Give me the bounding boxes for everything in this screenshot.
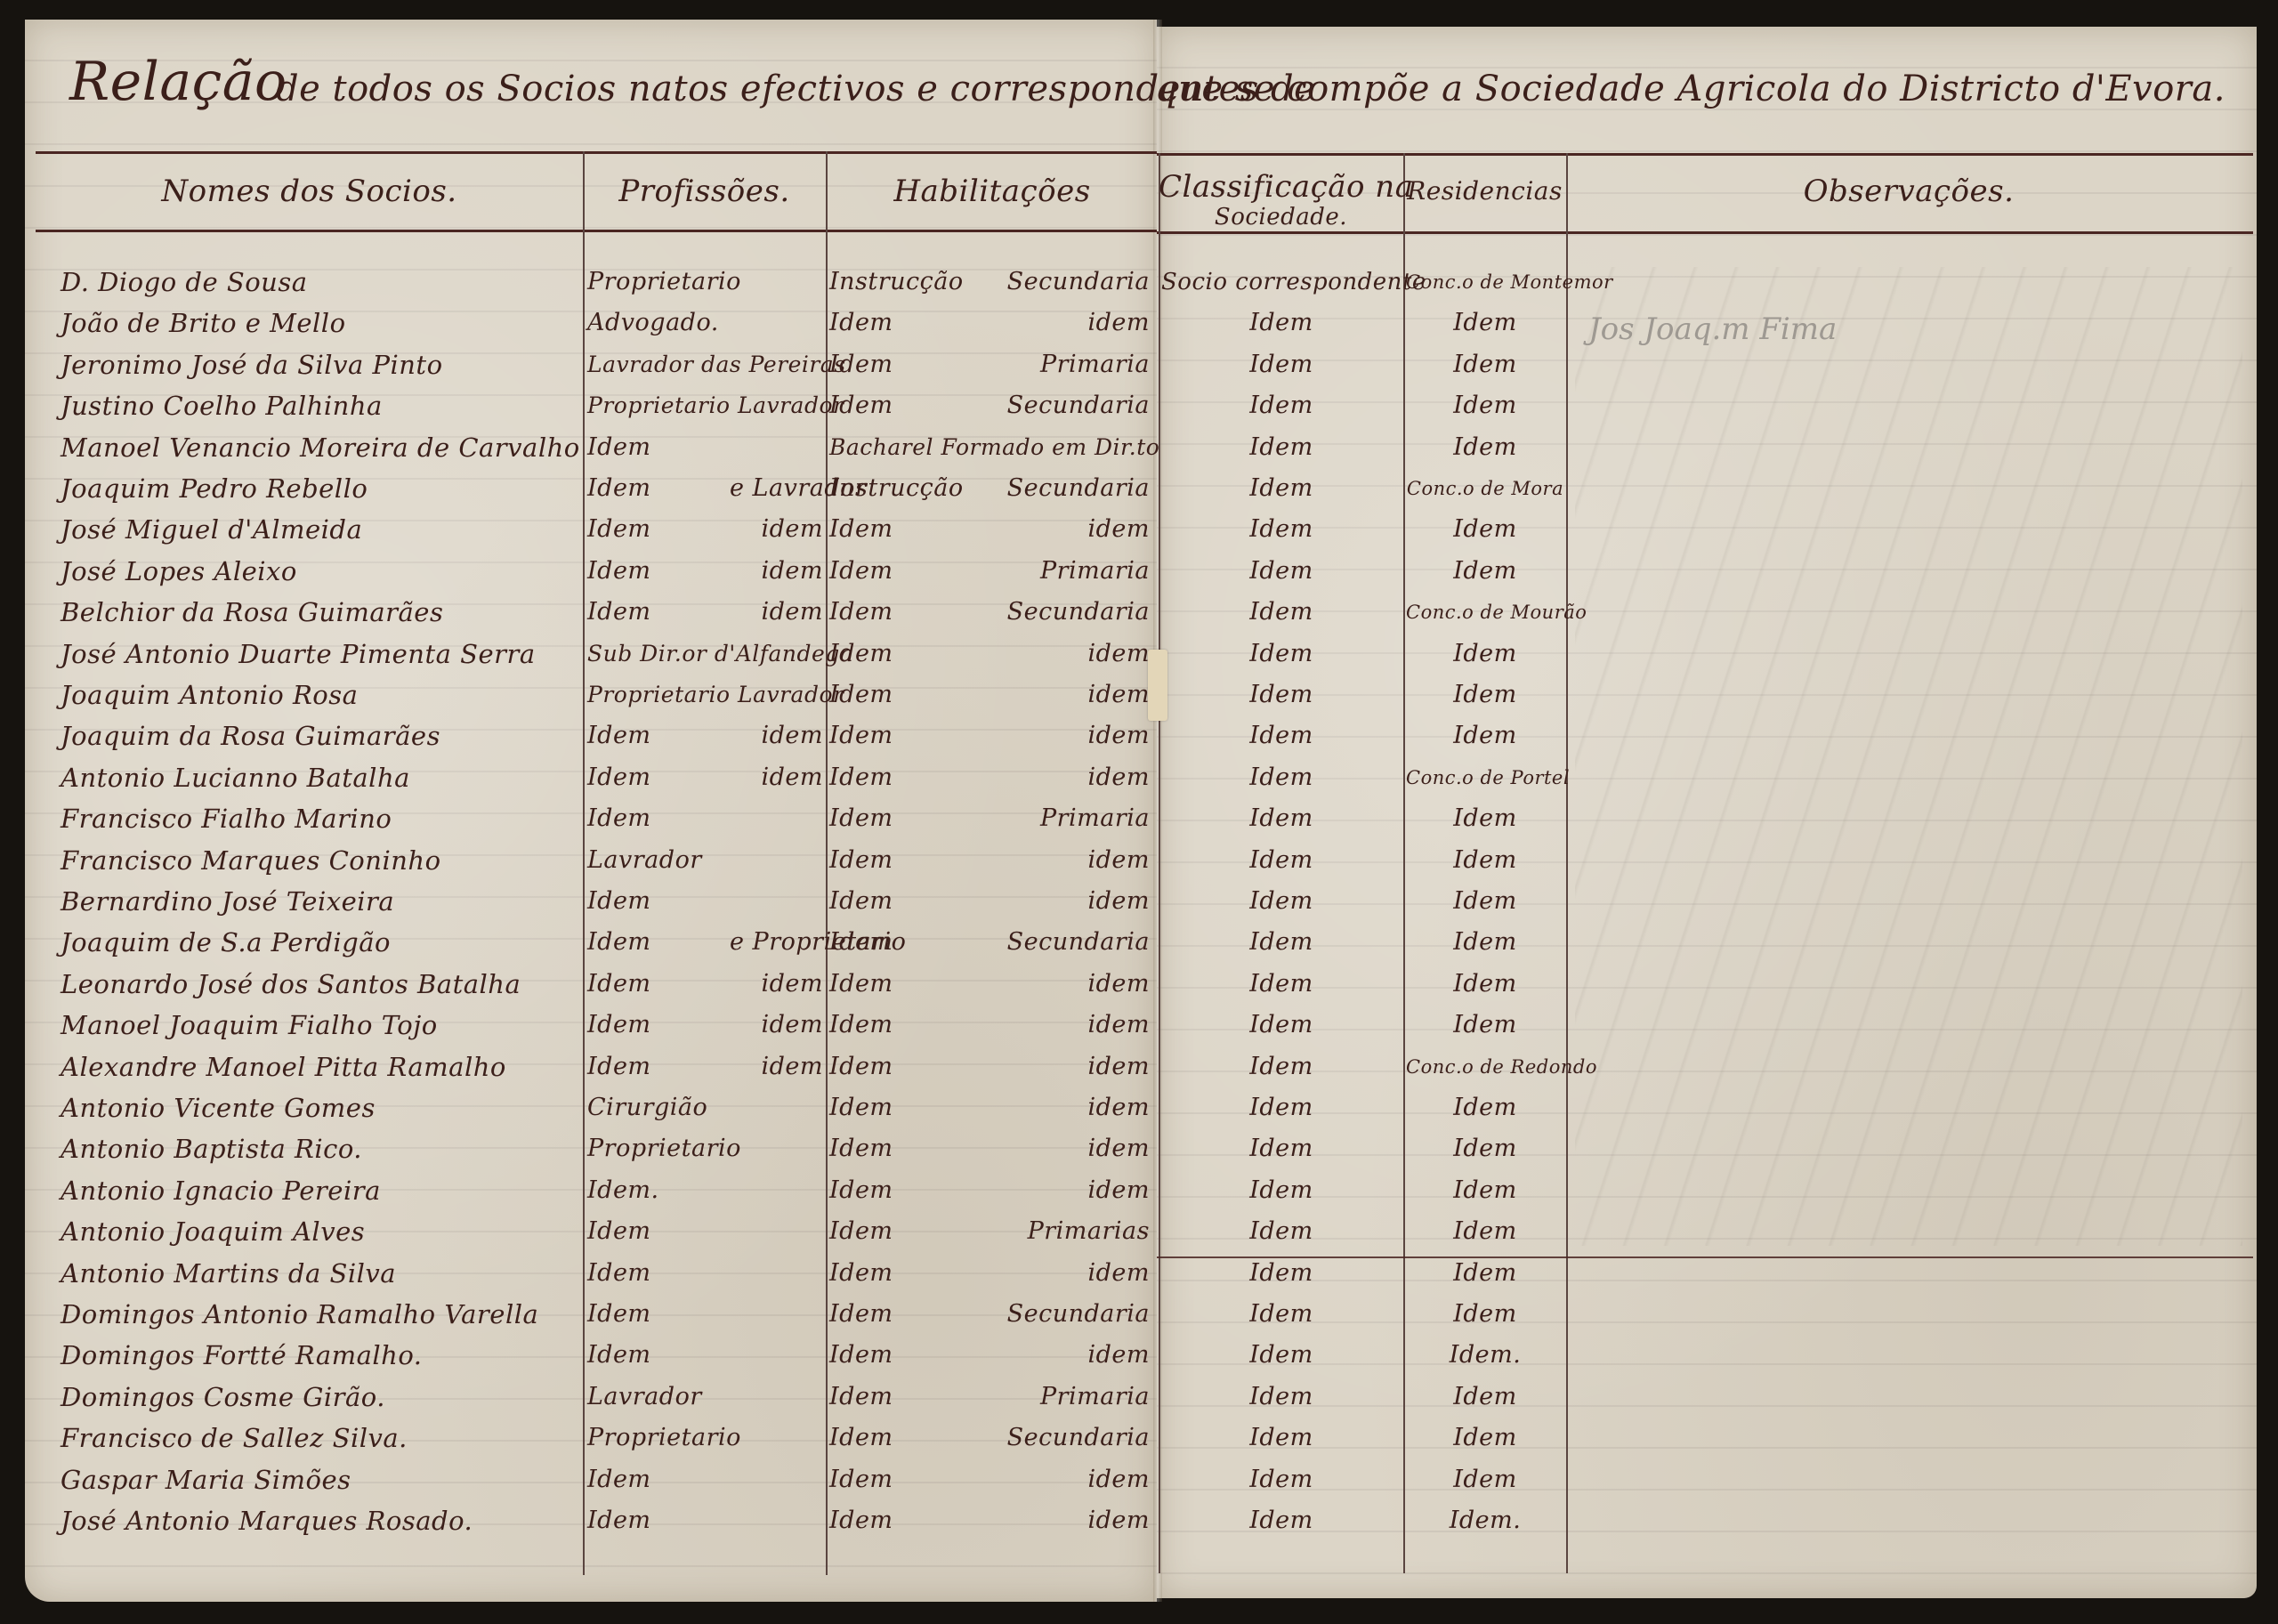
table-row: Francisco Marques Coninho Lavrador Idem …	[0, 840, 2278, 881]
qualification-level: idem	[972, 509, 1150, 550]
member-name: Belchior da Rosa Guimarães	[61, 592, 581, 633]
member-name: José Lopes Aleixo	[61, 551, 581, 592]
table-row: Joaquim Pedro Rebello Idem e Lavrador In…	[0, 468, 2278, 509]
qualification-level: idem	[972, 675, 1150, 715]
profession: Idem	[587, 551, 730, 592]
qualification: Idem	[829, 1128, 972, 1169]
qualification: Idem	[829, 1500, 972, 1541]
qualification-level: idem	[972, 1335, 1150, 1376]
qualification: Idem	[829, 344, 972, 385]
header-bottom-rule-right	[1157, 231, 2253, 234]
profession: Idem	[587, 1459, 730, 1500]
header-classification-line2: Sociedade.	[1159, 205, 1403, 230]
member-name: José Miguel d'Almeida	[61, 509, 581, 550]
qualification: Idem	[829, 715, 972, 756]
residence: Idem	[1406, 1377, 1564, 1418]
classification: Idem	[1161, 881, 1402, 922]
qualification-level: Primaria	[972, 798, 1150, 839]
profession: Idem	[587, 715, 730, 756]
header-names: Nomes dos Socios.	[36, 174, 583, 209]
profession: Lavrador	[587, 1377, 730, 1418]
qualification-level: Primaria	[972, 551, 1150, 592]
classification: Idem	[1161, 757, 1402, 798]
residence: Conc.o de Montemor	[1406, 262, 1564, 303]
profession: Idem	[587, 1046, 730, 1087]
qualification: Idem	[829, 1005, 972, 1046]
classification: Idem	[1161, 509, 1402, 550]
member-name: Joaquim da Rosa Guimarães	[61, 715, 581, 756]
classification: Idem	[1161, 675, 1402, 715]
classification: Idem	[1161, 1253, 1402, 1294]
profession-extra: e Proprietario	[730, 922, 823, 963]
qualification: Idem	[829, 1418, 972, 1458]
table-row: Francisco Fialho Marino Idem Idem Primar…	[0, 798, 2278, 839]
residence: Idem	[1406, 1005, 1564, 1046]
qualification-level: Secundaria	[972, 262, 1150, 303]
classification: Idem	[1161, 427, 1402, 468]
profession: Idem	[587, 1500, 730, 1541]
table-row: Antonio Vicente Gomes Cirurgião Idem ide…	[0, 1087, 2278, 1128]
member-name: Joaquim de S.a Perdigão	[61, 922, 581, 963]
qualification: Idem	[829, 922, 972, 963]
residence: Conc.o de Redondo	[1406, 1046, 1564, 1087]
classification: Idem	[1161, 1170, 1402, 1211]
table-row: Alexandre Manoel Pitta Ramalho Idem idem…	[0, 1046, 2278, 1087]
table-row: D. Diogo de Sousa Proprietario Instrucçã…	[0, 262, 2278, 303]
qualification-level: idem	[972, 840, 1150, 881]
member-name: Domingos Cosme Girão.	[61, 1377, 581, 1418]
table-row: Manoel Joaquim Fialho Tojo Idem idem Ide…	[0, 1005, 2278, 1046]
table-row: Leonardo José dos Santos Batalha Idem id…	[0, 964, 2278, 1005]
profession: Idem	[587, 798, 730, 839]
profession-extra: idem	[730, 964, 823, 1005]
residence: Idem	[1406, 1459, 1564, 1500]
qualification: Idem	[829, 1294, 972, 1335]
residence: Idem	[1406, 1294, 1564, 1335]
qualification: Idem	[829, 881, 972, 922]
profession: Advogado.	[587, 303, 730, 343]
table-row: Domingos Antonio Ramalho Varella Idem Id…	[0, 1294, 2278, 1335]
member-name: Domingos Antonio Ramalho Varella	[61, 1294, 581, 1335]
header-professions: Profissões.	[583, 174, 826, 209]
table-row: Justino Coelho Palhinha Proprietario Lav…	[0, 385, 2278, 426]
table-row: João de Brito e Mello Advogado. Idem ide…	[0, 303, 2278, 343]
table-row: Domingos Cosme Girão. Lavrador Idem Prim…	[0, 1377, 2278, 1418]
qualification: Idem	[829, 1170, 972, 1211]
member-name: Francisco Fialho Marino	[61, 798, 581, 839]
qualification-level: idem	[972, 1087, 1150, 1128]
classification: Idem	[1161, 1335, 1402, 1376]
residence: Idem	[1406, 344, 1564, 385]
classification: Idem	[1161, 1211, 1402, 1252]
table-row: Bernardino José Teixeira Idem Idem idem …	[0, 881, 2278, 922]
qualification: Idem	[829, 385, 972, 426]
classification: Idem	[1161, 1087, 1402, 1128]
qualification: Idem	[829, 509, 972, 550]
residence: Idem	[1406, 715, 1564, 756]
member-name: Joaquim Antonio Rosa	[61, 675, 581, 715]
qualification: Idem	[829, 1459, 972, 1500]
residence: Idem	[1406, 1418, 1564, 1458]
qualification: Idem	[829, 798, 972, 839]
residence: Idem.	[1406, 1335, 1564, 1376]
profession-extra: idem	[730, 1046, 823, 1087]
table-row: Domingos Fortté Ramalho. Idem Idem idem …	[0, 1335, 2278, 1376]
classification: Idem	[1161, 1500, 1402, 1541]
residence: Idem	[1406, 427, 1564, 468]
qualification-level: idem	[972, 1500, 1150, 1541]
qualification: Idem	[829, 1253, 972, 1294]
profession-extra: idem	[730, 757, 823, 798]
profession: Idem	[587, 592, 730, 633]
member-name: José Antonio Duarte Pimenta Serra	[61, 634, 581, 675]
member-name: Leonardo José dos Santos Batalha	[61, 964, 581, 1005]
residence: Idem	[1406, 1211, 1564, 1252]
member-name: Alexandre Manoel Pitta Ramalho	[61, 1046, 581, 1087]
member-name: Bernardino José Teixeira	[61, 881, 581, 922]
residence: Conc.o de Portel	[1406, 757, 1564, 798]
profession: Idem.	[587, 1170, 730, 1211]
profession-extra: idem	[730, 715, 823, 756]
title-lead: Relação	[69, 53, 287, 117]
member-name: Antonio Martins da Silva	[61, 1253, 581, 1294]
member-name: Domingos Fortté Ramalho.	[61, 1335, 581, 1376]
qualification-level: Secundaria	[972, 468, 1150, 509]
classification: Idem	[1161, 964, 1402, 1005]
classification: Idem	[1161, 1294, 1402, 1335]
qualification: Idem	[829, 551, 972, 592]
residence: Idem	[1406, 509, 1564, 550]
profession: Idem	[587, 468, 730, 509]
qualification-level: idem	[972, 1459, 1150, 1500]
header-bottom-rule-left	[36, 230, 1157, 232]
profession-extra: idem	[730, 1005, 823, 1046]
qualification-level: Secundaria	[972, 1294, 1150, 1335]
residence: Idem	[1406, 551, 1564, 592]
qualification: Idem	[829, 840, 972, 881]
member-name: João de Brito e Mello	[61, 303, 581, 343]
member-name: Antonio Ignacio Pereira	[61, 1170, 581, 1211]
table-row: José Miguel d'Almeida Idem idem Idem ide…	[0, 509, 2278, 550]
classification: Idem	[1161, 592, 1402, 633]
profession: Proprietario	[587, 1418, 730, 1458]
member-name: Antonio Joaquim Alves	[61, 1211, 581, 1252]
member-name: D. Diogo de Sousa	[61, 262, 581, 303]
profession: Idem	[587, 509, 730, 550]
member-name: Manoel Venancio Moreira de Carvalho	[61, 427, 581, 468]
member-name: Francisco Marques Coninho	[61, 840, 581, 881]
qualification: Idem	[829, 1335, 972, 1376]
table-row: Antonio Lucianno Batalha Idem idem Idem …	[0, 757, 2278, 798]
profession-extra: idem	[730, 592, 823, 633]
residence: Idem	[1406, 964, 1564, 1005]
qualification: Idem	[829, 1087, 972, 1128]
classification: Idem	[1161, 715, 1402, 756]
table-row: Joaquim de S.a Perdigão Idem e Proprieta…	[0, 922, 2278, 963]
profession: Idem	[587, 922, 730, 963]
classification: Idem	[1161, 798, 1402, 839]
qualification-level: Primaria	[972, 344, 1150, 385]
qualification-level: Primaria	[972, 1377, 1150, 1418]
table-row: José Antonio Duarte Pimenta Serra Sub Di…	[0, 634, 2278, 675]
header-top-rule-right	[1157, 153, 2253, 156]
header-qualifications: Habilitações	[826, 174, 1159, 209]
profession: Idem	[587, 1211, 730, 1252]
classification: Idem	[1161, 922, 1402, 963]
classification: Idem	[1161, 1005, 1402, 1046]
qualification: Idem	[829, 675, 972, 715]
classification: Idem	[1161, 1418, 1402, 1458]
qualification-level: idem	[972, 757, 1150, 798]
qualification-level: idem	[972, 1170, 1150, 1211]
profession: Idem	[587, 1253, 730, 1294]
member-name: Antonio Baptista Rico.	[61, 1128, 581, 1169]
profession: Idem	[587, 1005, 730, 1046]
qualification-level: idem	[972, 1046, 1150, 1087]
residence: Idem	[1406, 634, 1564, 675]
profession: Idem	[587, 757, 730, 798]
qualification: Idem	[829, 303, 972, 343]
qualification: Idem	[829, 592, 972, 633]
classification: Idem	[1161, 1046, 1402, 1087]
qualification: Idem	[829, 964, 972, 1005]
table-row: Joaquim da Rosa Guimarães Idem idem Idem…	[0, 715, 2278, 756]
member-name: Jeronimo José da Silva Pinto	[61, 344, 581, 385]
qualification: Idem	[829, 1211, 972, 1252]
residence: Idem	[1406, 303, 1564, 343]
profession: Idem	[587, 427, 730, 468]
profession: Proprietario	[587, 262, 730, 303]
member-name: Antonio Vicente Gomes	[61, 1087, 581, 1128]
member-name: Francisco de Sallez Silva.	[61, 1418, 581, 1458]
classification: Socio correspondente	[1161, 262, 1402, 303]
table-row: Manoel Venancio Moreira de Carvalho Idem…	[0, 427, 2278, 468]
residence: Conc.o de Mora	[1406, 468, 1564, 509]
residence: Idem	[1406, 675, 1564, 715]
qualification-level: idem	[972, 964, 1150, 1005]
member-name: Antonio Lucianno Batalha	[61, 757, 581, 798]
header-classification-line1: Classificação na	[1159, 169, 1413, 205]
classification: Idem	[1161, 1377, 1402, 1418]
title-right-text: que se compõe a Sociedade Agricola do Di…	[1155, 61, 2225, 117]
classification: Idem	[1161, 344, 1402, 385]
classification: Idem	[1161, 1459, 1402, 1500]
table-row: Joaquim Antonio Rosa Proprietario Lavrad…	[0, 675, 2278, 715]
profession-extra: idem	[730, 509, 823, 550]
member-name: Gaspar Maria Simões	[61, 1459, 581, 1500]
residence: Idem	[1406, 840, 1564, 881]
qualification-level: Secundaria	[972, 385, 1150, 426]
qualification: Bacharel Formado em Dir.to	[829, 427, 1151, 468]
profession: Lavrador das Pereiras	[587, 344, 826, 385]
qualification-level: idem	[972, 881, 1150, 922]
profession-extra: idem	[730, 551, 823, 592]
member-name: Justino Coelho Palhinha	[61, 385, 581, 426]
classification: Idem	[1161, 468, 1402, 509]
table-row: Belchior da Rosa Guimarães Idem idem Ide…	[0, 592, 2278, 633]
table-row: Antonio Baptista Rico. Proprietario Idem…	[0, 1128, 2278, 1169]
profession-extra: e Lavrador	[730, 468, 823, 509]
table-row: Antonio Martins da Silva Idem Idem idem …	[0, 1253, 2278, 1294]
classification: Idem	[1161, 1128, 1402, 1169]
residence: Idem	[1406, 385, 1564, 426]
residence: Idem	[1406, 1170, 1564, 1211]
residence: Idem	[1406, 1253, 1564, 1294]
member-name: Manoel Joaquim Fialho Tojo	[61, 1005, 581, 1046]
qualification-level: idem	[972, 1128, 1150, 1169]
qualification-level: Primarias	[972, 1211, 1150, 1252]
residence: Idem	[1406, 922, 1564, 963]
table-row: Jeronimo José da Silva Pinto Lavrador da…	[0, 344, 2278, 385]
classification: Idem	[1161, 385, 1402, 426]
table-row: José Lopes Aleixo Idem idem Idem Primari…	[0, 551, 2278, 592]
table-row: Antonio Joaquim Alves Idem Idem Primaria…	[0, 1211, 2278, 1252]
profession: Lavrador	[587, 840, 730, 881]
residence: Idem	[1406, 881, 1564, 922]
header-top-rule-left	[36, 151, 1157, 154]
qualification-level: idem	[972, 715, 1150, 756]
profession: Idem	[587, 1294, 730, 1335]
residence: Idem	[1406, 1087, 1564, 1128]
table-row: José Antonio Marques Rosado. Idem Idem i…	[0, 1500, 2278, 1541]
residence: Idem.	[1406, 1500, 1564, 1541]
residence: Idem	[1406, 1128, 1564, 1169]
qualification: Instrucção	[829, 468, 972, 509]
table-row: Gaspar Maria Simões Idem Idem idem Idem …	[0, 1459, 2278, 1500]
classification: Idem	[1161, 634, 1402, 675]
qualification: Idem	[829, 634, 972, 675]
qualification-level: idem	[972, 1005, 1150, 1046]
profession: Idem	[587, 881, 730, 922]
qualification: Idem	[829, 1377, 972, 1418]
classification: Idem	[1161, 840, 1402, 881]
qualification-level: idem	[972, 303, 1150, 343]
residence: Idem	[1406, 798, 1564, 839]
profession: Cirurgião	[587, 1087, 730, 1128]
classification: Idem	[1161, 551, 1402, 592]
member-name: Joaquim Pedro Rebello	[61, 468, 581, 509]
qualification-level: Secundaria	[972, 1418, 1150, 1458]
qualification: Idem	[829, 1046, 972, 1087]
classification: Idem	[1161, 303, 1402, 343]
qualification: Idem	[829, 757, 972, 798]
profession: Idem	[587, 1335, 730, 1376]
qualification: Instrucção	[829, 262, 972, 303]
table-row: Antonio Ignacio Pereira Idem. Idem idem …	[0, 1170, 2278, 1211]
qualification-level: idem	[972, 634, 1150, 675]
header-classification: Classificação na Sociedade.	[1159, 169, 1403, 230]
table-row: Francisco de Sallez Silva. Proprietario …	[0, 1418, 2278, 1458]
qualification-level: Secundaria	[972, 922, 1150, 963]
residence: Conc.o de Mourão	[1406, 592, 1564, 633]
header-residences: Residencias	[1403, 174, 1566, 209]
profession: Proprietario Lavrador	[587, 675, 826, 715]
profession: Sub Dir.or d'Alfandega	[587, 634, 826, 675]
profession: Idem	[587, 964, 730, 1005]
header-observations: Observações.	[1566, 174, 2251, 209]
profession: Proprietario	[587, 1128, 730, 1169]
qualification-level: idem	[972, 1253, 1150, 1294]
qualification-level: Secundaria	[972, 592, 1150, 633]
profession: Proprietario Lavrador	[587, 385, 826, 426]
document-title: Relação de todos os Socios natos efectiv…	[27, 53, 2251, 116]
member-name: José Antonio Marques Rosado.	[61, 1500, 581, 1541]
